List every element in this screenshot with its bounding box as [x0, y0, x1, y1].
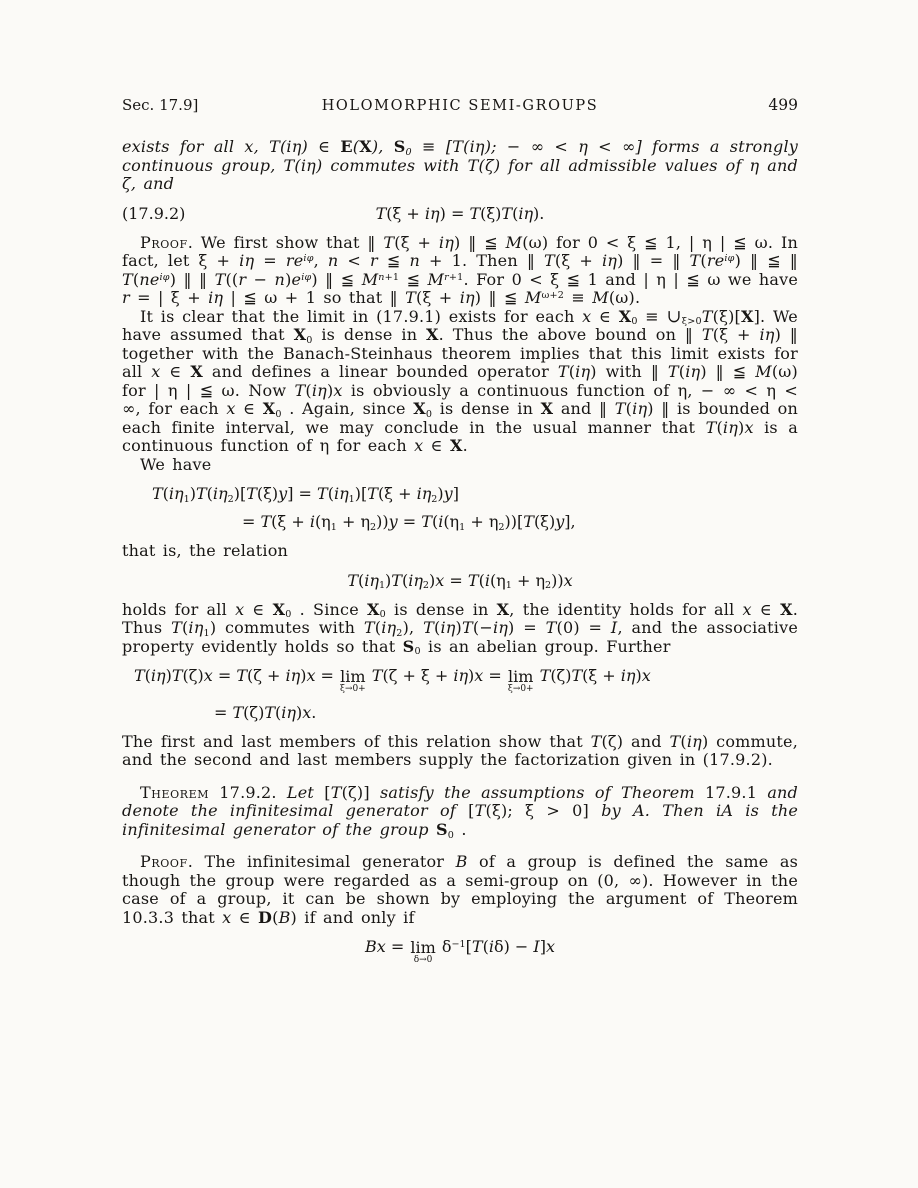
book-page: Sec. 17.9] HOLOMORPHIC SEMI-GROUPS 499 e… [0, 0, 918, 1188]
paragraph-proof-2: Proof. The infinitesimal generator B of … [122, 853, 798, 927]
section-label: Sec. 17.9] [122, 96, 272, 114]
equation-eta-addition-formula: T(iη1)T(iη2)x = T(i(η1 + η2))x [122, 571, 798, 591]
paragraph-proof-1: Proof. We first show that ‖ T(ξ + iη) ‖ … [122, 234, 798, 308]
equation-commutation-line-1: T(iη1)T(iη2)[T(ξ)y] = T(iη1)[T(ξ + iη2)y… [122, 484, 798, 504]
equation-group-commutation: T(iη1)T(iη2)[T(ξ)y] = T(iη1)[T(ξ + iη2)y… [122, 484, 798, 532]
paragraph-commute-conclusion: The first and last members of this relat… [122, 733, 798, 770]
line-that-is: that is, the relation [122, 542, 798, 561]
equation-17-9-2-label: (17.9.2) [122, 204, 185, 224]
equation-eta-addition: T(iη1)T(iη2)x = T(i(η1 + η2))x [122, 571, 798, 591]
equation-derivation-line-2: = T(ζ)T(iη)x. [122, 703, 798, 723]
equation-derivation-line-1: T(iη)T(ζ)x = T(ζ + iη)x = limξ→0+ T(ζ + … [122, 666, 798, 695]
equation-17-9-2: (17.9.2) T(ξ + iη) = T(ξ)T(iη). [122, 204, 798, 224]
paragraph-intro: exists for all x, T(iη) ∈ E(X), S0 ≡ [T(… [122, 138, 798, 194]
line-we-have: We have [122, 456, 798, 475]
equation-generator-limit: Bx = limδ→0 δ−1[T(iδ) − I]x [122, 937, 798, 966]
equation-commutation-line-2: = T(ξ + i(η1 + η2))y = T(i(η1 + η2))[T(ξ… [122, 512, 798, 532]
equation-17-9-2-formula: T(ξ + iη) = T(ξ)T(iη). [122, 204, 798, 224]
page-header: Sec. 17.9] HOLOMORPHIC SEMI-GROUPS 499 [122, 96, 798, 114]
equation-commute-derivation: T(iη)T(ζ)x = T(ζ + iη)x = limξ→0+ T(ζ + … [122, 666, 798, 723]
paragraph-group-properties: holds for all x ∈ X0 . Since X0 is dense… [122, 601, 798, 657]
paragraph-theorem-17-9-2: Theorem 17.9.2. Let [T(ζ)] satisfy the a… [122, 784, 798, 840]
equation-generator-limit-formula: Bx = limδ→0 δ−1[T(iδ) − I]x [122, 937, 798, 966]
page-number: 499 [648, 96, 798, 114]
text-block: Sec. 17.9] HOLOMORPHIC SEMI-GROUPS 499 e… [122, 96, 798, 976]
paragraph-limit-argument: It is clear that the limit in (17.9.1) e… [122, 308, 798, 456]
running-title: HOLOMORPHIC SEMI-GROUPS [272, 98, 648, 114]
